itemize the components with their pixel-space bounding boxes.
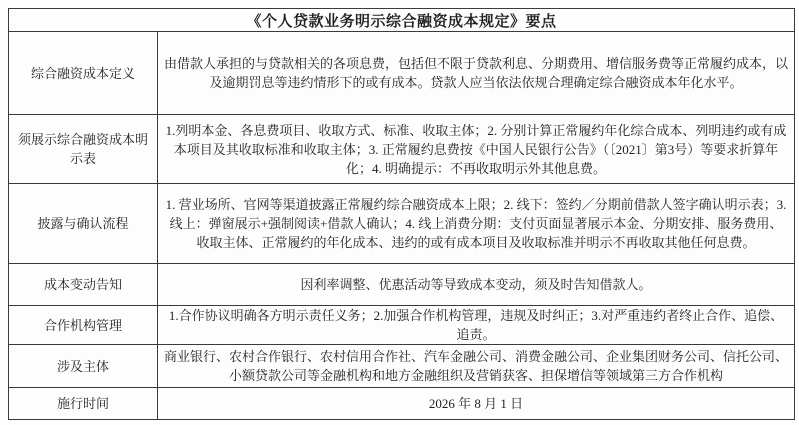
row-content: 商业银行、农村合作银行、农村信用合作社、汽车金融公司、消费金融公司、企业集团财务… bbox=[157, 345, 794, 387]
table-title: 《个人贷款业务明示综合融资成本规定》要点 bbox=[9, 10, 794, 31]
table-row-effective-date: 施行时间 2026 年 8 月 1 日 bbox=[9, 387, 794, 419]
row-content: 1.列明本金、各息费项目、收取方式、标准、收取主体；2. 分别计算正常履约年化综… bbox=[157, 115, 794, 183]
row-content: 1.合作协议明确各方明示责任义务；2.加强合作机构管理，违规及时纠正；3.对严重… bbox=[157, 306, 794, 344]
table-row-disclosure-table: 须展示综合融资成本明示表 1.列明本金、各息费项目、收取方式、标准、收取主体；2… bbox=[9, 114, 794, 183]
row-label: 施行时间 bbox=[9, 388, 157, 419]
table-row-cost-change-notice: 成本变动告知 因利率调整、优惠活动等导致成本变动，须及时告知借款人。 bbox=[9, 263, 794, 305]
row-label: 须展示综合融资成本明示表 bbox=[9, 115, 157, 183]
table-row-covered-entities: 涉及主体 商业银行、农村合作银行、农村信用合作社、汽车金融公司、消费金融公司、企… bbox=[9, 344, 794, 387]
row-label: 合作机构管理 bbox=[9, 306, 157, 344]
regulation-key-points-table: 《个人贷款业务明示综合融资成本规定》要点 综合融资成本定义 由借款人承担的与贷款… bbox=[8, 8, 795, 420]
table-title-row: 《个人贷款业务明示综合融资成本规定》要点 bbox=[9, 9, 794, 31]
table-row-partner-management: 合作机构管理 1.合作协议明确各方明示责任义务；2.加强合作机构管理，违规及时纠… bbox=[9, 305, 794, 344]
row-content: 因利率调整、优惠活动等导致成本变动，须及时告知借款人。 bbox=[157, 264, 794, 305]
row-content: 1. 营业场所、官网等渠道披露正常履约综合融资成本上限；2. 线下：签约／分期前… bbox=[157, 184, 794, 263]
row-content: 由借款人承担的与贷款相关的各项息费，包括但不限于贷款利息、分期费用、增信服务费等… bbox=[157, 32, 794, 114]
row-label: 成本变动告知 bbox=[9, 264, 157, 305]
row-label: 涉及主体 bbox=[9, 345, 157, 387]
row-label: 披露与确认流程 bbox=[9, 184, 157, 263]
table-row-confirmation-process: 披露与确认流程 1. 营业场所、官网等渠道披露正常履约综合融资成本上限；2. 线… bbox=[9, 183, 794, 263]
row-content: 2026 年 8 月 1 日 bbox=[157, 388, 794, 419]
table-row-definition: 综合融资成本定义 由借款人承担的与贷款相关的各项息费，包括但不限于贷款利息、分期… bbox=[9, 31, 794, 114]
row-label: 综合融资成本定义 bbox=[9, 32, 157, 114]
